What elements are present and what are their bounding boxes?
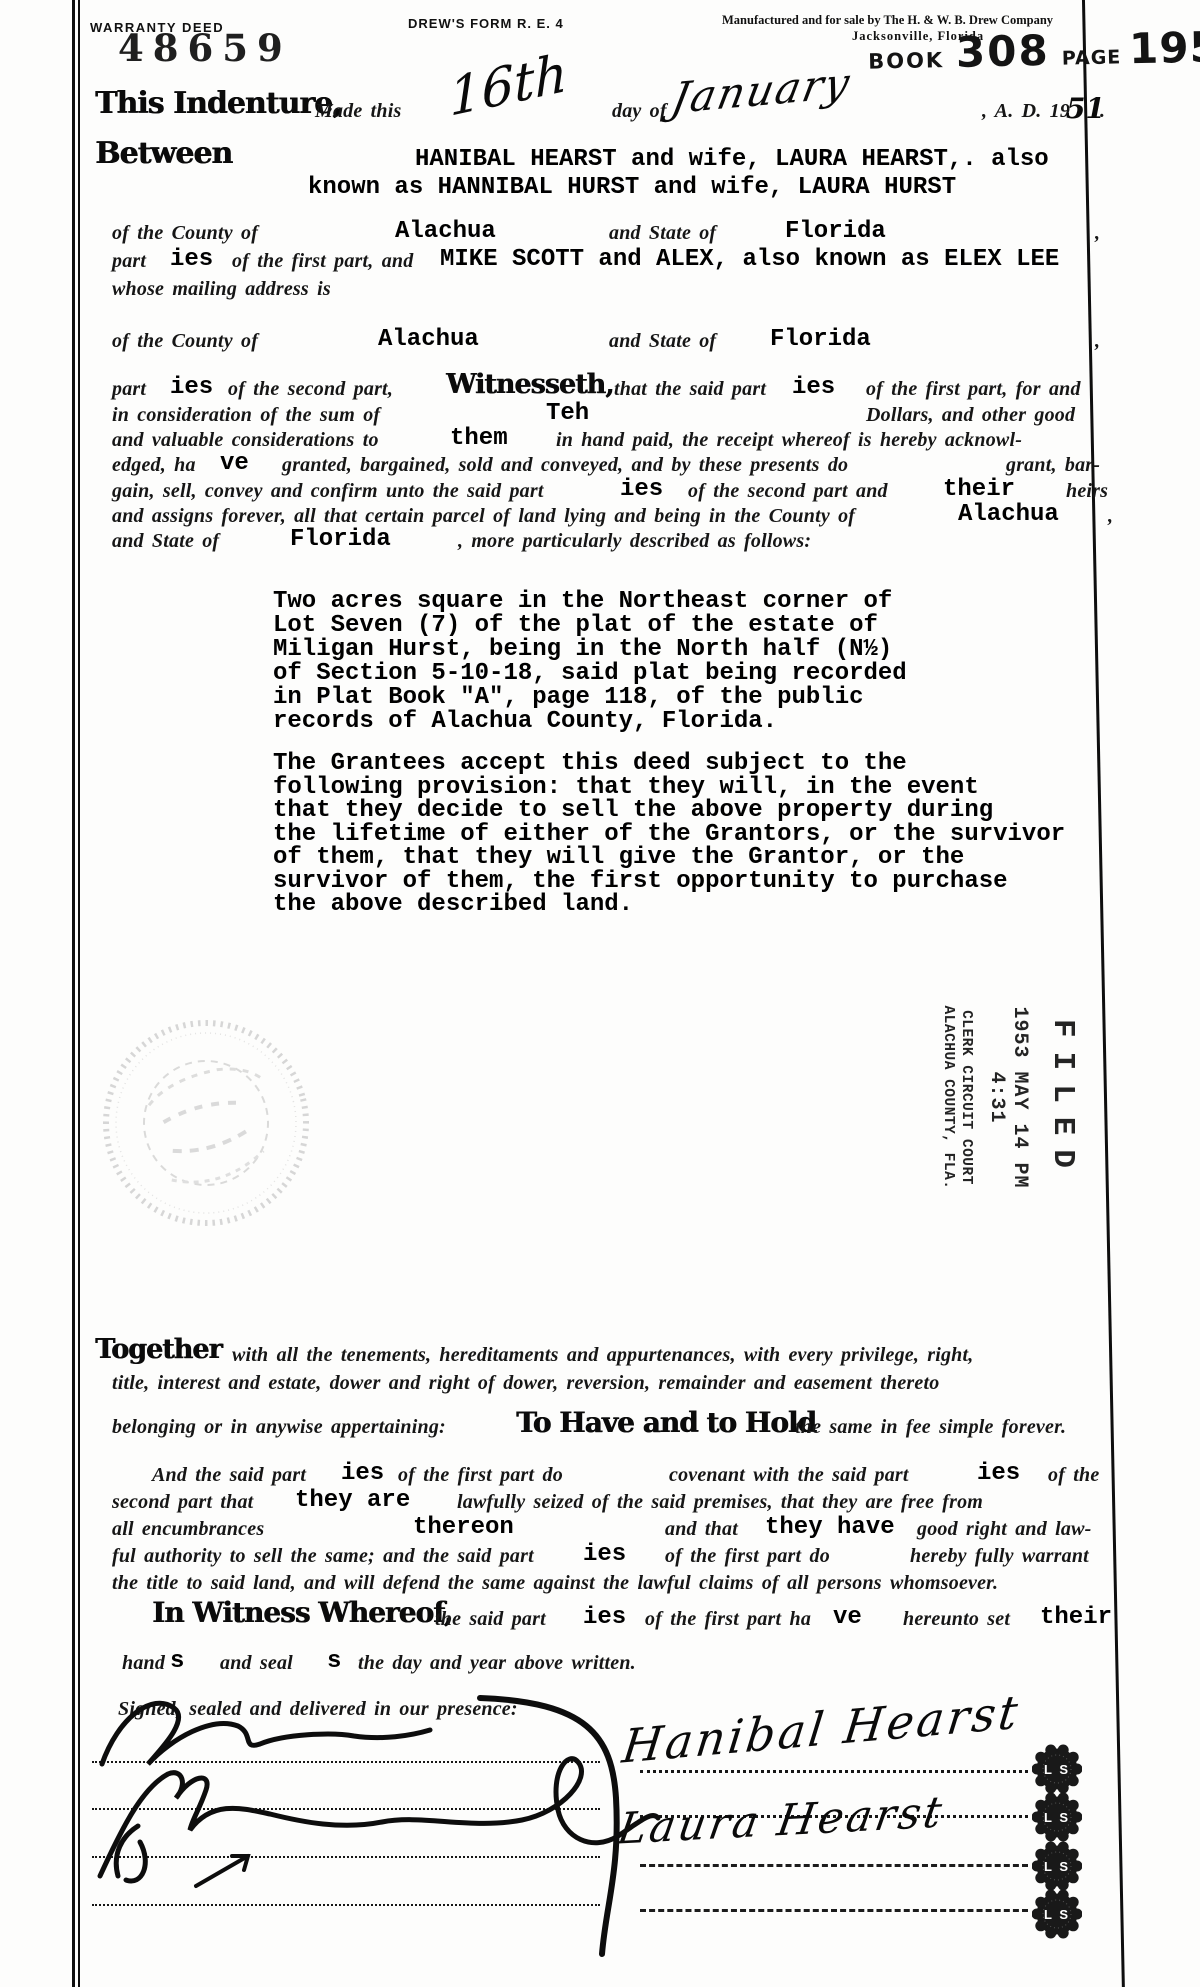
witnesseth-l3b: them (450, 425, 508, 452)
ad-label: , A. D. 19 (982, 100, 1070, 123)
witnesseth-state: Florida (290, 526, 391, 553)
witnesseth-l4c: granted, bargained, sold and conveyed, a… (282, 454, 848, 477)
svg-text:L S: L S (1044, 1907, 1070, 1922)
ls-seal-3: L S (1032, 1841, 1082, 1891)
witnesseth-l5e: heirs (1066, 480, 1108, 503)
covenant-they-have: they have (765, 1514, 895, 1541)
part-label: part (112, 250, 146, 273)
county1-label: of the County of (112, 222, 258, 245)
covenant-l1c: of the first part do (398, 1464, 563, 1487)
ww-seal: and seal (220, 1652, 293, 1675)
covenant-l4b: ies (583, 1541, 626, 1568)
witnesseth-l1f: ies (792, 374, 835, 401)
witnesseth-l1b: ies (170, 374, 213, 401)
warranty-deed-page: WARRANTY DEED DREW'S FORM R. E. 4 Manufa… (0, 0, 1200, 1987)
book-label: BOOK (868, 48, 944, 74)
grantor-names-line2: known as HANNIBAL HURST and wife, LAURA … (308, 174, 956, 201)
together-l2: title, interest and estate, dower and ri… (112, 1372, 939, 1395)
witnesseth-l4b: ve (220, 450, 249, 477)
witnesseth-l1g: of the first part, for and (866, 378, 1081, 401)
grantee-names: MIKE SCOTT and ALEX, also known as ELEX … (440, 246, 1059, 273)
manufacturer-line1: Manufactured and for sale by The H. & W.… (722, 13, 1053, 28)
witnesseth-l4d: grant, bar- (1006, 454, 1100, 477)
ww-k: the day and year above written. (358, 1652, 636, 1675)
covenant-l2c: lawfully seized of the said premises, th… (457, 1491, 983, 1514)
svg-text:L S: L S (1044, 1762, 1070, 1777)
signature-brace (480, 1698, 617, 1954)
ww-seal-s: s (327, 1648, 341, 1675)
document-number: 48659 (118, 26, 292, 70)
state1-label: and State of (609, 222, 716, 245)
first-part-rest: of the first part, and (232, 250, 413, 273)
together-l3c: the same in fee simple forever. (795, 1416, 1066, 1439)
covenant-l1f: of the (1048, 1464, 1099, 1487)
witnesseth-l3c: in hand paid, the receipt whereof is her… (556, 429, 1022, 452)
witnesseth-l6c: , (1108, 505, 1113, 528)
svg-text:L S: L S (1044, 1810, 1070, 1825)
state2-value: Florida (770, 326, 871, 353)
grantor-names-line1: HANIBAL HEARST and wife, LAURA HEARST,. … (415, 146, 1049, 173)
witnesseth-l3a: and valuable considerations to (112, 429, 379, 452)
ls-seal-2: L S (1032, 1792, 1082, 1842)
made-this-label: Made this (315, 100, 401, 123)
covenant-l1b: ies (341, 1460, 384, 1487)
witnesseth-l1e: that the said part (614, 378, 766, 401)
filed-stamp-title: FILED (1045, 981, 1080, 1220)
county1-value: Alachua (395, 218, 496, 245)
handwritten-month: January (667, 58, 855, 124)
indenture-title: This Indenture, (95, 86, 342, 121)
witnesseth-l2c: Dollars, and other good (866, 404, 1075, 427)
witnesseth-l7c: , more particularly described as follows… (458, 530, 811, 553)
together-l1: with all the tenements, hereditaments an… (232, 1344, 973, 1367)
ww-a: the said part (435, 1608, 546, 1631)
witnesseth-l1c: of the second part, (228, 378, 393, 401)
state2-label: and State of (609, 330, 716, 353)
covenant-l5: the title to said land, and will defend … (112, 1572, 998, 1595)
witnesseth-l2a: in consideration of the sum of (112, 404, 380, 427)
book-number: 308 (955, 26, 1050, 77)
together-l3a: belonging or in anywise appertaining: (112, 1416, 446, 1439)
covenant-l1e: ies (977, 1460, 1020, 1487)
covenant-l4d: hereby fully warrant (910, 1545, 1089, 1568)
svg-text:L S: L S (1044, 1859, 1070, 1874)
covenant-l1a: And the said part (152, 1464, 306, 1487)
witnesseth-l5b: ies (620, 476, 663, 503)
witness-whereof-heading: In Witness Whereof, (152, 1596, 452, 1629)
witness-signature-1 (102, 1703, 430, 1764)
witnesseth-their: their (943, 476, 1015, 503)
filed-stamp-county: ALACHUA COUNTY, FLA. (939, 975, 957, 1220)
witnesseth-heading: Witnesseth, (446, 369, 613, 400)
ww-c: of the first part ha (645, 1608, 811, 1631)
period: . (1100, 100, 1105, 123)
covenant-l4a: ful authority to sell the same; and the … (112, 1545, 534, 1568)
county2-comma: , (1095, 330, 1100, 353)
signature-scrawls (0, 1680, 1200, 1987)
witnesseth-l6a: and assigns forever, all that certain pa… (112, 505, 855, 528)
covenant-l2a: second part that (112, 1491, 253, 1514)
day-of-label: day of (612, 100, 667, 123)
county2-value: Alachua (378, 326, 479, 353)
round-stamp (71, 988, 340, 1257)
witnesseth-county: Alachua (958, 501, 1059, 528)
form-name: DREW'S FORM R. E. 4 (408, 16, 564, 31)
ww-their: their (1040, 1604, 1112, 1631)
to-have-and-to-hold-heading: To Have and to Hold (516, 1406, 816, 1439)
together-heading: Together (95, 1334, 222, 1365)
provision-clause: The Grantees accept this deed subject to… (273, 752, 1065, 917)
pen-arrow-mark (196, 1856, 248, 1886)
ls-seal-1: L S (1032, 1744, 1082, 1794)
covenant-l4c: of the first part do (665, 1545, 830, 1568)
covenant-l3a: all encumbrances (112, 1518, 264, 1541)
state1-value: Florida (785, 218, 886, 245)
ww-e: hereunto set (903, 1608, 1010, 1631)
covenant-they-are: they are (295, 1487, 410, 1514)
covenant-l3c: and that (665, 1518, 738, 1541)
witnesseth-sum-value: Teh (546, 400, 589, 427)
book-page-stamp: BOOK 308 PAGE 195 (868, 22, 1200, 78)
page-number: 195 (1129, 22, 1200, 73)
mailing-address-label: whose mailing address is (112, 278, 331, 301)
witnesseth-l5c: of the second part and (688, 480, 888, 503)
witnesseth-l5a: gain, sell, convey and confirm unto the … (112, 480, 544, 503)
page-label: PAGE (1062, 46, 1122, 69)
ls-seal-4: L S (1032, 1889, 1082, 1939)
ww-ve: ve (833, 1604, 862, 1631)
filed-stamp-datetime: 1953 MAY 14 PM 4:31 (985, 975, 1031, 1220)
witnesseth-l1a: part (112, 378, 146, 401)
between-label: Between (95, 136, 232, 171)
county2-label: of the County of (112, 330, 258, 353)
witnesseth-l4a: edged, ha (112, 454, 196, 477)
ww-hand-s: s (170, 1648, 184, 1675)
covenant-l1d: covenant with the said part (669, 1464, 909, 1487)
witnesseth-l7a: and State of (112, 530, 219, 553)
covenant-l3e: good right and law- (917, 1518, 1092, 1541)
ww-ies: ies (583, 1604, 626, 1631)
witness-signature-2 (100, 1759, 658, 1881)
filed-stamp: FILED 1953 MAY 14 PM 4:31 CLERK CIRCUIT … (935, 975, 1080, 1220)
filed-stamp-court: CLERK CIRCUIT COURT (957, 975, 975, 1220)
part-ies: ies (170, 246, 213, 273)
county1-comma: , (1095, 222, 1100, 245)
handwritten-day: 16th (448, 43, 568, 129)
property-description: Two acres square in the Northeast corner… (273, 590, 907, 734)
covenant-thereon: thereon (413, 1514, 514, 1541)
ww-hand: hand (122, 1652, 165, 1675)
